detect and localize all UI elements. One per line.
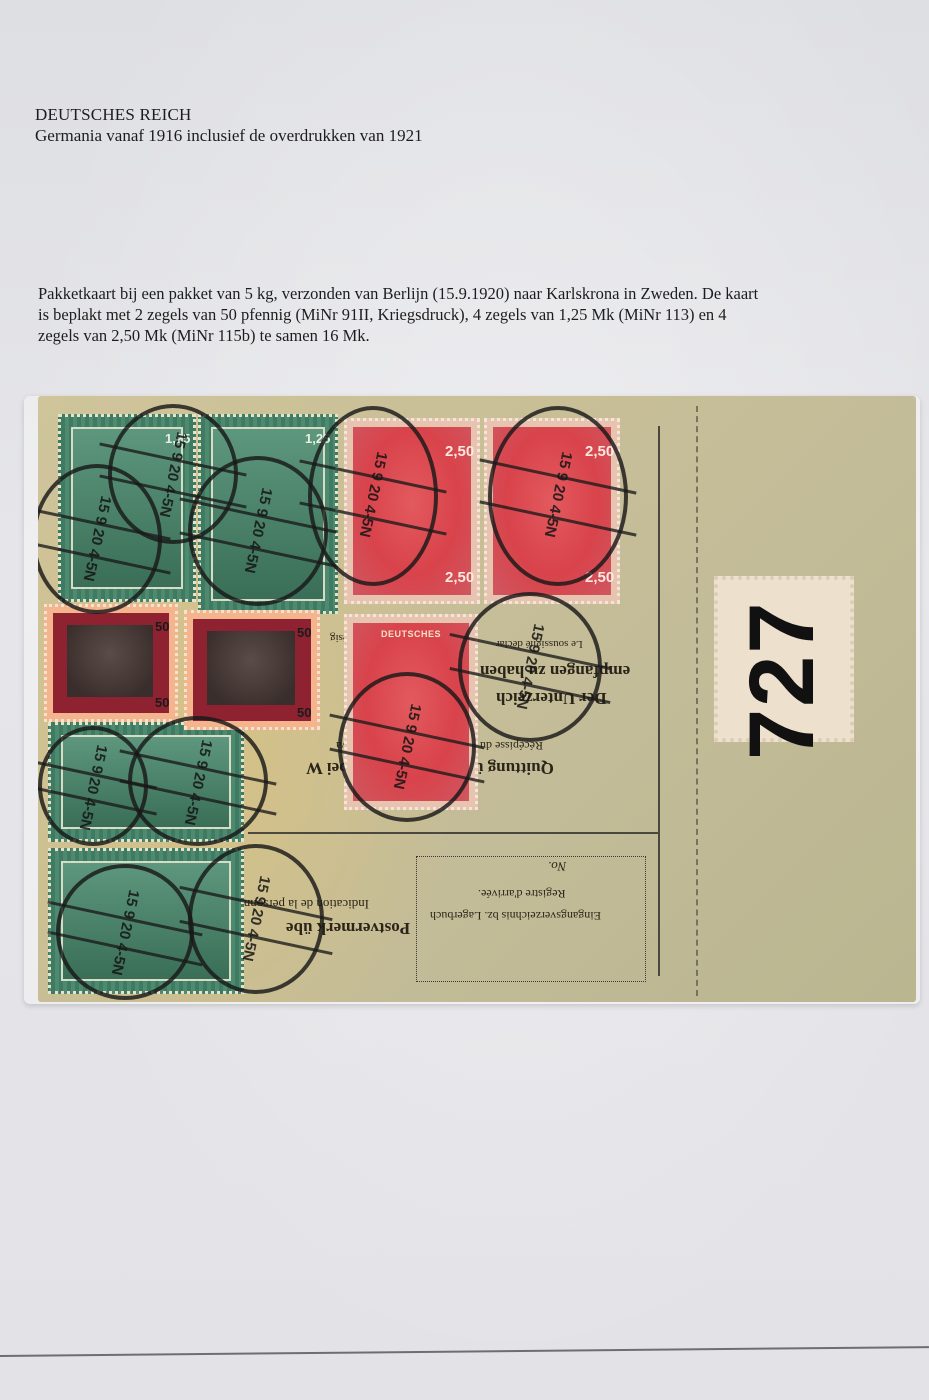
postmark: 15 9 20 4-5N xyxy=(38,726,148,846)
parcel-card: Eingangsverzeichnis bz. Lagerbuch Regist… xyxy=(38,396,916,1002)
description-line: zegels van 2,50 Mk (MiNr 115b) te samen … xyxy=(38,325,898,346)
card-rule xyxy=(248,832,658,834)
form-text-quittung: Quittung ü xyxy=(474,758,554,778)
form-text-eingang: Eingangsverzeichnis bz. Lagerbuch xyxy=(430,908,601,923)
postmark: 15 9 20 4-5N xyxy=(56,864,194,1000)
postmark: 15 9 20 4-5N xyxy=(458,592,602,742)
postmark: 15 9 20 4-5N xyxy=(308,406,438,586)
description-line: is beplakt met 2 zegels van 50 pfennig (… xyxy=(38,304,898,325)
postmark: 15 9 20 4-5N xyxy=(128,716,268,846)
postmark: 15 9 20 4-5N xyxy=(38,464,162,614)
description-line: Pakketkaart bij een pakket van 5 kg, ver… xyxy=(38,283,898,304)
page-heading: DEUTSCHES REICH Germania vanaf 1916 incl… xyxy=(35,104,423,146)
form-text-registre: Registre d'arrivée. xyxy=(478,886,565,901)
stamp-germania-50-pf: 5050 xyxy=(44,604,178,722)
page-title: DEUTSCHES REICH xyxy=(35,104,423,125)
page-subtitle: Germania vanaf 1916 inclusief de overdru… xyxy=(35,125,423,146)
parcel-number: 727 xyxy=(736,601,828,761)
postmark: 15 9 20 4-5N xyxy=(338,672,476,822)
parcel-number-label: 727 xyxy=(714,576,854,742)
postmark: 15 9 20 4-5N xyxy=(188,456,328,606)
card-divider xyxy=(658,426,660,976)
form-text-no: No. xyxy=(548,858,566,874)
postmark: 15 9 20 4-5N xyxy=(488,406,628,586)
postmark: 15 9 20 4-5N xyxy=(188,844,324,994)
item-description: Pakketkaart bij een pakket van 5 kg, ver… xyxy=(38,283,898,346)
stamp-germania-50-pf: 5050 xyxy=(184,610,320,730)
card-perforation xyxy=(696,406,698,996)
